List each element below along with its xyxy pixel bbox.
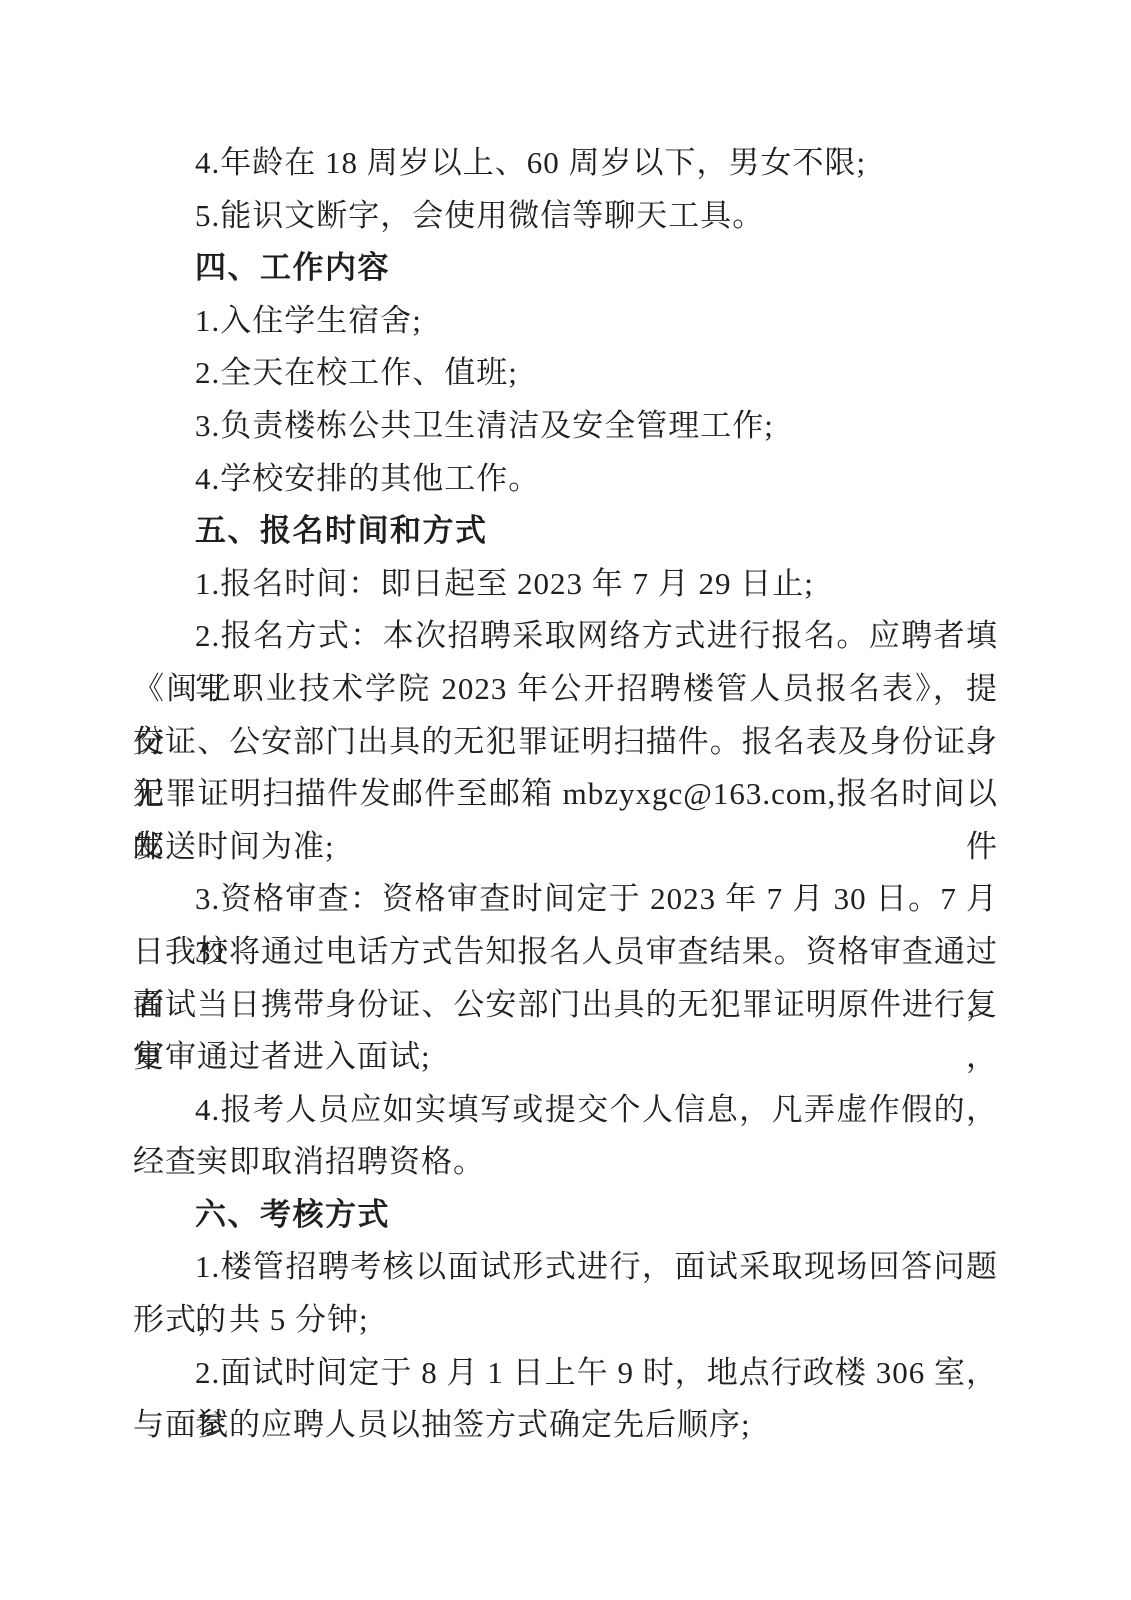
section-heading: 五、报名时间和方式 bbox=[133, 505, 998, 558]
text-line: 面试当日携带身份证、公安部门出具的无犯罪证明原件进行复审， bbox=[133, 979, 998, 1032]
text-line: 4.学校安排的其他工作。 bbox=[133, 453, 998, 506]
text-line: 份证、公安部门出具的无犯罪证明扫描件。报名表及身份证、无 bbox=[133, 716, 998, 769]
text-line: 5.能识文断字，会使用微信等聊天工具。 bbox=[133, 190, 998, 243]
text-line: 犯罪证明扫描件发邮件至邮箱 mbzyxgc@163.com,报名时间以邮件 bbox=[133, 768, 998, 821]
document-body: 4.年龄在 18 周岁以上、60 周岁以下，男女不限;5.能识文断字，会使用微信… bbox=[133, 137, 998, 1452]
text-line: 2.报名方式：本次招聘采取网络方式进行报名。应聘者填写 bbox=[133, 610, 998, 663]
text-line: 3.资格审查：资格审查时间定于 2023 年 7 月 30 日。7 月 31 bbox=[133, 873, 998, 926]
text-line: 形式，共 5 分钟; bbox=[133, 1294, 998, 1347]
document-page: 4.年龄在 18 周岁以上、60 周岁以下，男女不限;5.能识文断字，会使用微信… bbox=[0, 0, 1131, 1600]
text-line: 1.楼管招聘考核以面试形式进行，面试采取现场回答问题的 bbox=[133, 1241, 998, 1294]
text-line: 1.入住学生宿舍; bbox=[133, 295, 998, 348]
text-line: 与面试的应聘人员以抽签方式确定先后顺序; bbox=[133, 1399, 998, 1452]
text-line: 日我校将通过电话方式告知报名人员审查结果。资格审查通过者， bbox=[133, 926, 998, 979]
text-line: 《闽北职业技术学院 2023 年公开招聘楼管人员报名表》，提交身 bbox=[133, 663, 998, 716]
text-line: 4.报考人员应如实填写或提交个人信息，凡弄虚作假的，一 bbox=[133, 1084, 998, 1137]
text-line: 经查实即取消招聘资格。 bbox=[133, 1136, 998, 1189]
text-line: 1.报名时间：即日起至 2023 年 7 月 29 日止; bbox=[133, 558, 998, 611]
section-heading: 六、考核方式 bbox=[133, 1189, 998, 1242]
text-line: 3.负责楼栋公共卫生清洁及安全管理工作; bbox=[133, 400, 998, 453]
section-heading: 四、工作内容 bbox=[133, 242, 998, 295]
text-line: 2.全天在校工作、值班; bbox=[133, 347, 998, 400]
text-line: 4.年龄在 18 周岁以上、60 周岁以下，男女不限; bbox=[133, 137, 998, 190]
text-line: 2.面试时间定于 8 月 1 日上午 9 时，地点行政楼 306 室，参 bbox=[133, 1347, 998, 1400]
